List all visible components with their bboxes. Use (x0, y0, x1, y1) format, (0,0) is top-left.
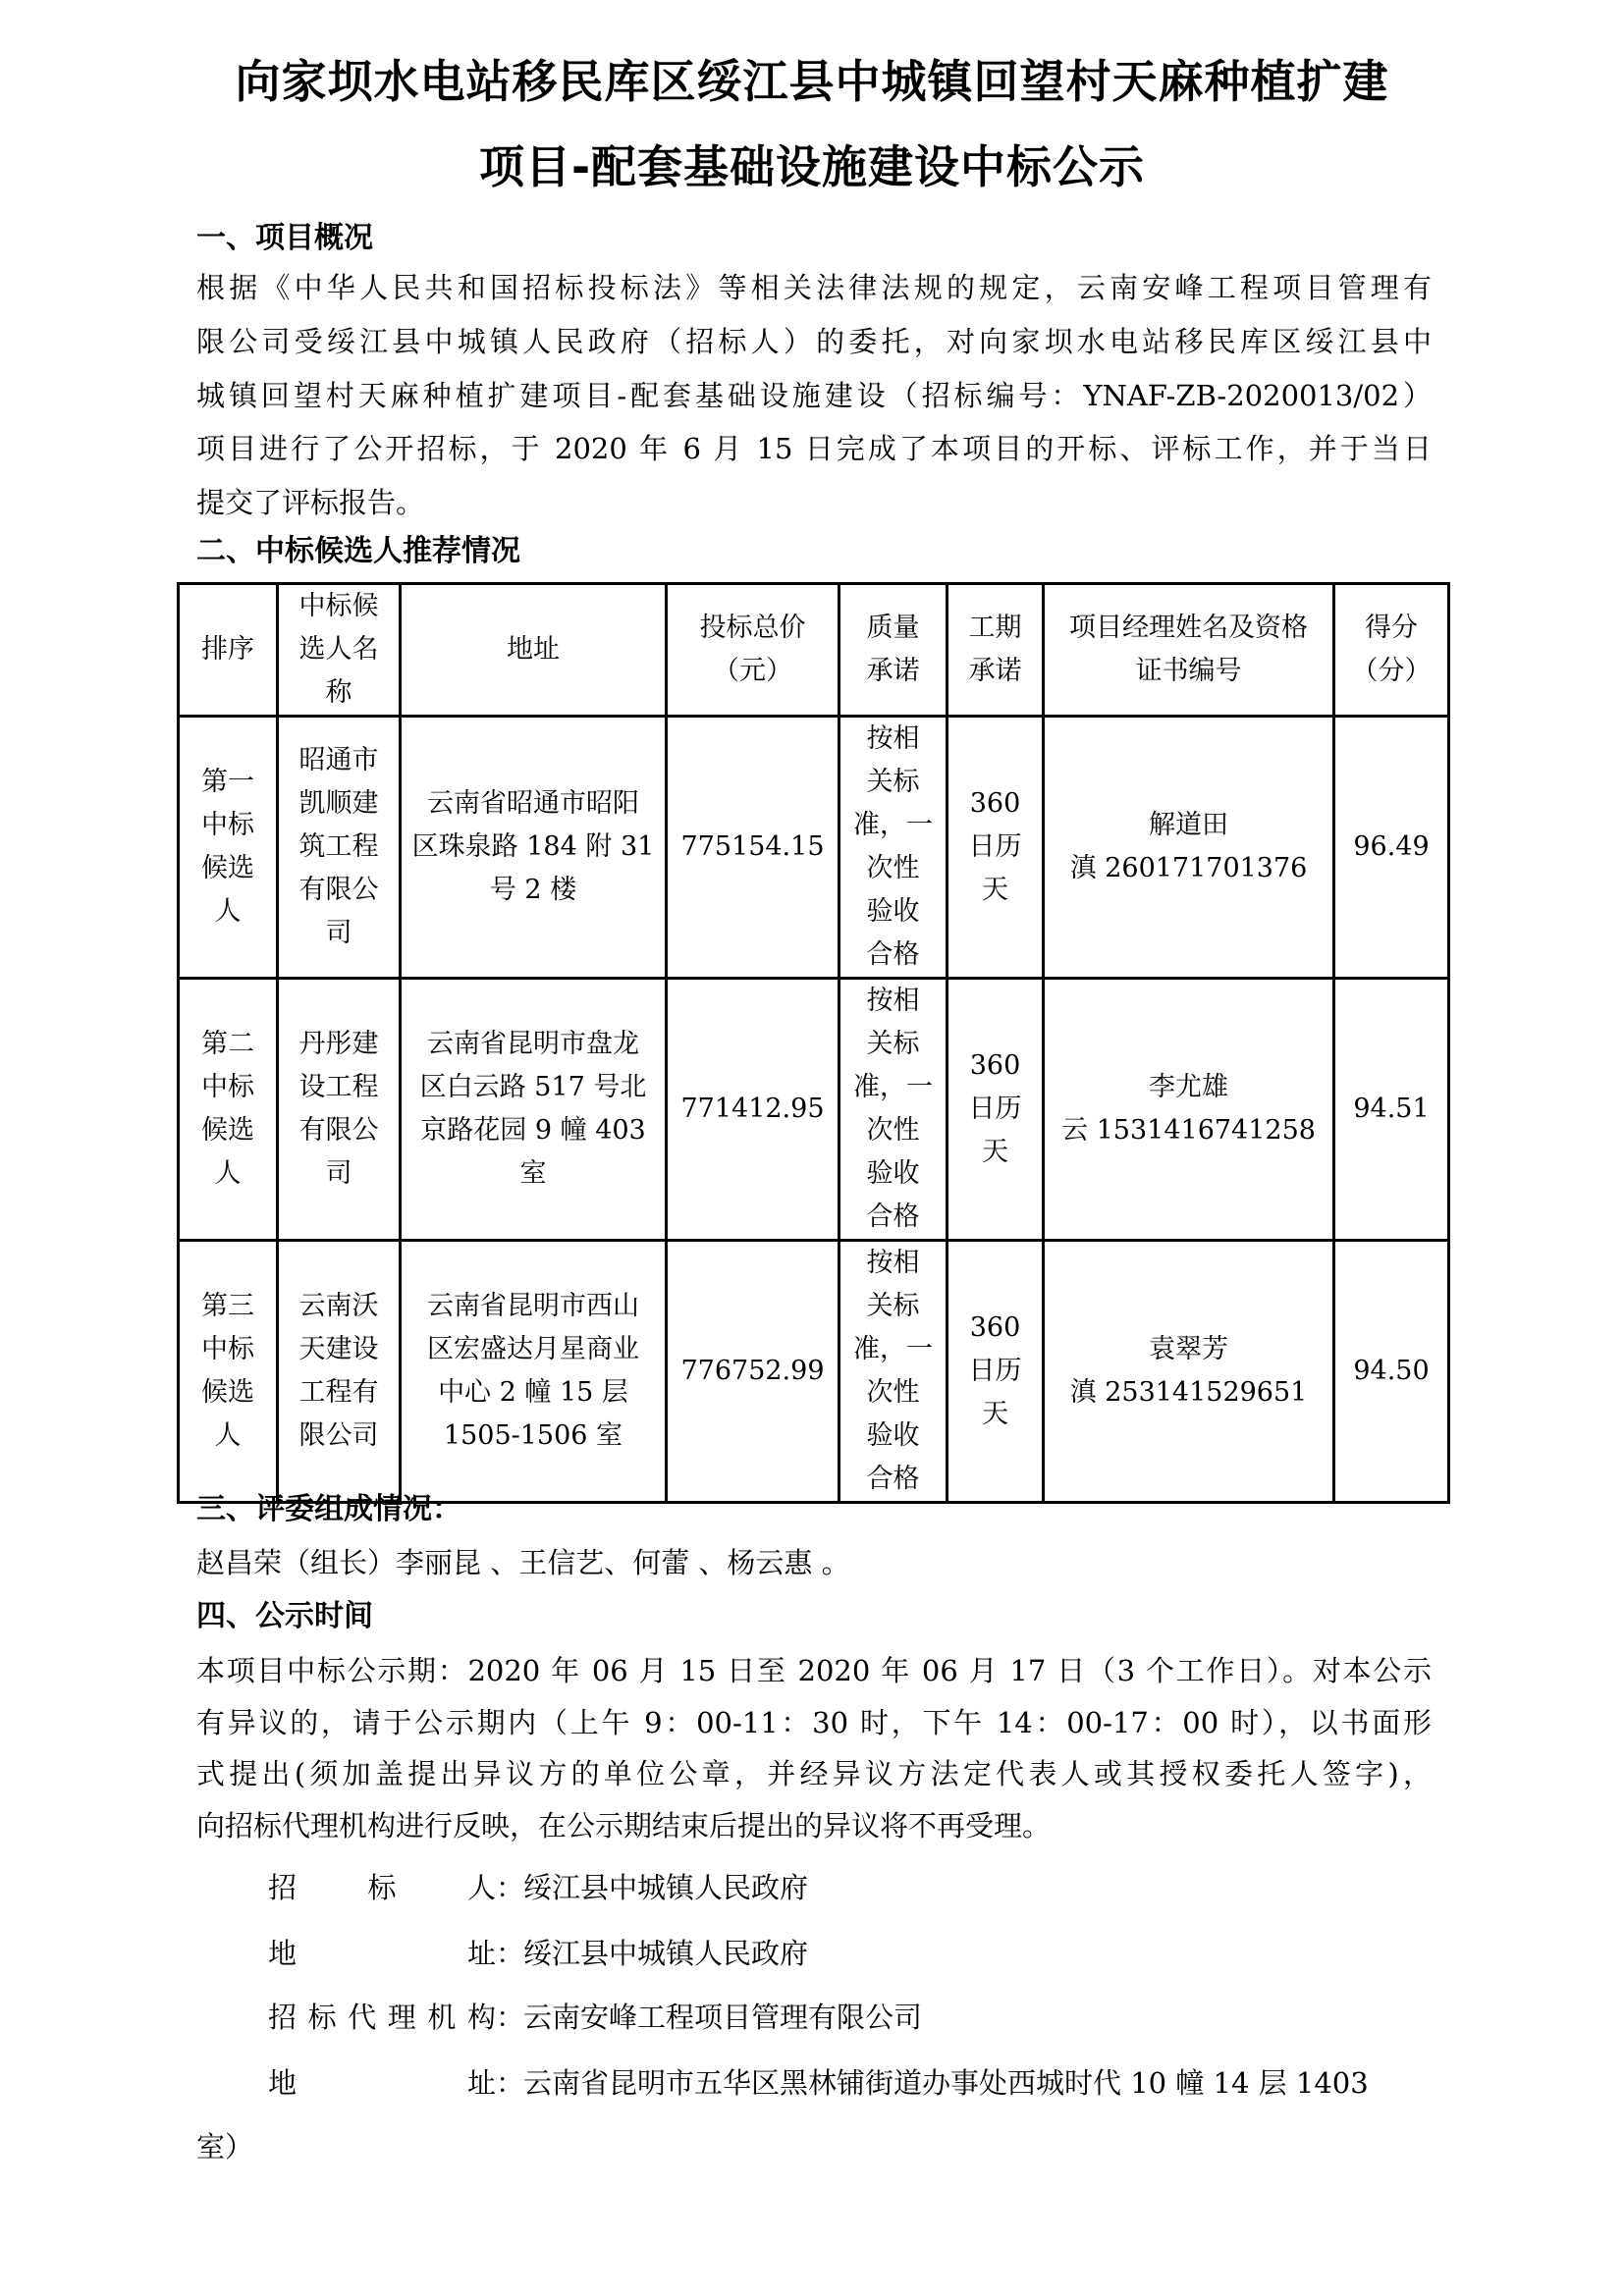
contact-value: 绥江县中城镇人民政府 (523, 1871, 808, 1904)
cell-manager: 解道田滇 260171701376 (1044, 717, 1334, 979)
table-row: 第三中标候选人 云南沃天建设工程有限公司 云南省昆明市西山区宏盛达月星商业中心 … (179, 1241, 1449, 1503)
header-score: 得分（分） (1334, 584, 1449, 717)
contact-tenderer-address: 地址：绥江县中城镇人民政府 (268, 1934, 808, 1973)
cell-duration: 360日历天 (947, 1241, 1044, 1503)
section-heading-committee: 三、评委组成情况： (196, 1490, 461, 1529)
header-quality: 质量承诺 (839, 584, 947, 717)
cell-name: 云南沃天建设工程有限公司 (278, 1241, 401, 1503)
overview-line-1: 根据《中华人民共和国招标投标法》等相关法律法规的规定，云南安峰工程项目管理有 (196, 268, 1432, 307)
table-row: 第一中标候选人 昭通市凯顺建筑工程有限公司 云南省昭通市昭阳区珠泉路 184 附… (179, 717, 1449, 979)
cell-quality: 按相关标准，一次性验收合格 (839, 717, 947, 979)
cell-manager: 李尤雄云 1531416741258 (1044, 979, 1334, 1241)
table-row: 第二中标候选人 丹彤建设工程有限公司 云南省昆明市盘龙区白云路 517 号北京路… (179, 979, 1449, 1241)
contact-value: 云南省昆明市五华区黑林铺街道办事处西城时代 10 幢 14 层 1403 (523, 2066, 1369, 2100)
cell-address: 云南省昆明市西山区宏盛达月星商业中心 2 幢 15 层1505-1506 室 (401, 1241, 667, 1503)
overview-line-2: 限公司受绥江县中城镇人民政府（招标人）的委托，对向家坝水电站移民库区绥江县中 (196, 322, 1432, 361)
cell-duration: 360日历天 (947, 979, 1044, 1241)
header-duration: 工期承诺 (947, 584, 1044, 717)
contact-value: 云南安峰工程项目管理有限公司 (523, 2001, 922, 2034)
contact-address-tail: 室） (196, 2127, 1432, 2166)
cell-address: 云南省昭通市昭阳区珠泉路 184 附 31号 2 楼 (401, 717, 667, 979)
cell-rank: 第三中标候选人 (179, 1241, 278, 1503)
contact-label: 招标代理机构 (268, 1998, 496, 2037)
publicity-line-2: 有异议的，请于公示期内（上午 9：00-11：30 时，下午 14：00-17：… (196, 1703, 1432, 1742)
table-header-row: 排序 中标候选人名称 地址 投标总价（元） 质量承诺 工期承诺 项目经理姓名及资… (179, 584, 1449, 717)
section-heading-publicity-period: 四、公示时间 (196, 1597, 373, 1636)
contact-agency: 招标代理机构：云南安峰工程项目管理有限公司 (268, 1998, 922, 2037)
section-heading-candidates: 二、中标候选人推荐情况 (196, 532, 520, 571)
header-manager: 项目经理姓名及资格证书编号 (1044, 584, 1334, 717)
cell-price: 775154.15 (667, 717, 839, 979)
contact-value: 绥江县中城镇人民政府 (523, 1937, 808, 1970)
cell-score: 94.50 (1334, 1241, 1449, 1503)
cell-price: 771412.95 (667, 979, 839, 1241)
publicity-line-4: 向招标代理机构进行反映，在公示期结束后提出的异议将不再受理。 (196, 1806, 1432, 1845)
cell-duration: 360日历天 (947, 717, 1044, 979)
publicity-line-1: 本项目中标公示期：2020 年 06 月 15 日至 2020 年 06 月 1… (196, 1651, 1432, 1690)
cell-price: 776752.99 (667, 1241, 839, 1503)
header-address: 地址 (401, 584, 667, 717)
header-rank: 排序 (179, 584, 278, 717)
page-title-line-1: 向家坝水电站移民库区绥江县中城镇回望村天麻种植扩建 (147, 52, 1477, 111)
header-candidate-name: 中标候选人名称 (278, 584, 401, 717)
cell-name: 丹彤建设工程有限公司 (278, 979, 401, 1241)
contact-tenderer: 招标人：绥江县中城镇人民政府 (268, 1868, 808, 1907)
page-title-line-2: 项目-配套基础设施建设中标公示 (147, 137, 1477, 196)
candidates-table: 排序 中标候选人名称 地址 投标总价（元） 质量承诺 工期承诺 项目经理姓名及资… (177, 582, 1450, 1504)
overview-line-3: 城镇回望村天麻种植扩建项目-配套基础设施建设（招标编号：YNAF-ZB-2020… (196, 376, 1432, 415)
cell-score: 94.51 (1334, 979, 1449, 1241)
cell-rank: 第二中标候选人 (179, 979, 278, 1241)
cell-quality: 按相关标准，一次性验收合格 (839, 979, 947, 1241)
overview-line-5: 提交了评标报告。 (196, 483, 1432, 522)
contact-label: 地址 (268, 1934, 496, 1973)
cell-address: 云南省昆明市盘龙区白云路 517 号北京路花园 9 幢 403室 (401, 979, 667, 1241)
overview-line-4: 项目进行了公开招标，于 2020 年 6 月 15 日完成了本项目的开标、评标工… (196, 429, 1432, 468)
contact-label: 招标人 (268, 1868, 496, 1907)
cell-score: 96.49 (1334, 717, 1449, 979)
cell-quality: 按相关标准，一次性验收合格 (839, 1241, 947, 1503)
contact-label: 地址 (268, 2063, 496, 2103)
document-page: 向家坝水电站移民库区绥江县中城镇回望村天麻种植扩建 项目-配套基础设施建设中标公… (0, 0, 1624, 2296)
header-bid-price: 投标总价（元） (667, 584, 839, 717)
contact-agency-address: 地址：云南省昆明市五华区黑林铺街道办事处西城时代 10 幢 14 层 1403 (268, 2063, 1369, 2103)
cell-manager: 袁翠芳滇 253141529651 (1044, 1241, 1334, 1503)
section-heading-overview: 一、项目概况 (196, 219, 373, 258)
publicity-line-3: 式提出(须加盖提出异议方的单位公章，并经异议方法定代表人或其授权委托人签字)， (196, 1754, 1432, 1793)
cell-name: 昭通市凯顺建筑工程有限公司 (278, 717, 401, 979)
cell-rank: 第一中标候选人 (179, 717, 278, 979)
committee-members: 赵昌荣（组长）李丽昆 、王信艺、何蕾 、杨云惠 。 (196, 1543, 1432, 1582)
